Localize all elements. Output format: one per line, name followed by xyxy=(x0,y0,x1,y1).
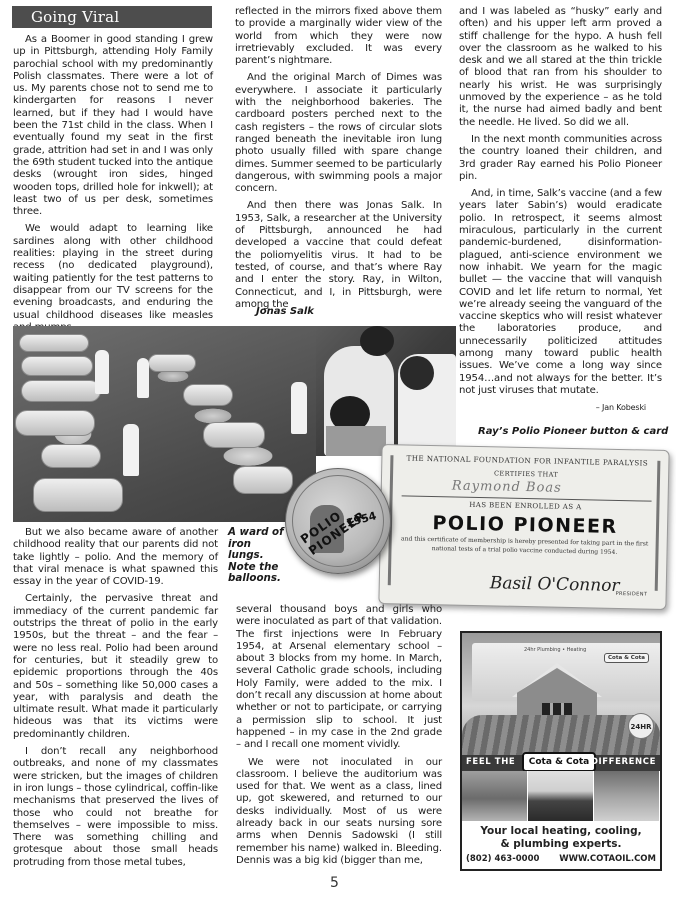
ad-slogan-left: FEEL THE xyxy=(466,757,515,767)
paragraph: I don’t recall any neighborhood outbreak… xyxy=(13,746,218,869)
ad-thumb-bathroom xyxy=(594,771,660,821)
paragraph: We would adapt to learning like sardines… xyxy=(13,223,213,334)
paragraph: And the original March of Dimes was ever… xyxy=(235,72,442,195)
paragraph: And then there was Jonas Salk. In 1953, … xyxy=(235,200,442,311)
ad-brand-logo: Cota & Cota xyxy=(522,752,596,772)
polio-pioneer-button: POLIO PIONEER 1954 xyxy=(285,468,391,574)
column-right-top: and I was labeled as “husky” early and o… xyxy=(459,6,662,415)
section-title-bar: Going Viral xyxy=(12,6,212,28)
paragraph: Certainly, the pervasive threat and imme… xyxy=(13,593,218,741)
iron-lungs-photo xyxy=(13,326,316,522)
paragraph: several thousand boys and girls who were… xyxy=(236,604,442,752)
ad-thumb-person xyxy=(528,771,594,821)
column-middle-bottom: several thousand boys and girls who were… xyxy=(236,604,442,872)
ad-hero-image: 24hr Plumbing • Heating Cota & Cota 24HR xyxy=(462,633,660,755)
ad-truck-text: 24hr Plumbing • Heating xyxy=(524,647,586,653)
paragraph: But we also became aware of another chil… xyxy=(13,527,218,588)
ad-phone[interactable]: (802) 463-0000 xyxy=(466,854,539,864)
ad-tagline-2: & plumbing experts. xyxy=(462,838,660,851)
ad-thumbnails xyxy=(462,771,660,821)
jonas-salk-photo xyxy=(316,326,456,456)
24hr-service-badge: 24HR xyxy=(628,713,654,739)
cota-advertisement[interactable]: 24hr Plumbing • Heating Cota & Cota 24HR… xyxy=(460,631,662,871)
paragraph: reflected in the mirrors fixed above the… xyxy=(235,6,442,67)
paragraph: and I was labeled as “husky” early and o… xyxy=(459,6,662,129)
author-attribution: – Jan Kobeski xyxy=(459,402,662,414)
card-body: and this certificate of membership is he… xyxy=(390,535,658,558)
column-middle-top: reflected in the mirrors fixed above the… xyxy=(235,6,442,316)
ad-website-link[interactable]: WWW.COTAOIL.COM xyxy=(559,854,656,864)
ad-slogan-strip: FEEL THE Cota & Cota DIFFERENCE xyxy=(462,755,660,771)
card-title: POLIO PIONEER xyxy=(381,511,669,539)
paragraph: And, in time, Salk’s vaccine (and a few … xyxy=(459,188,662,397)
column-left-top: As a Boomer in good standing I grew up i… xyxy=(13,34,213,339)
section-title: Going Viral xyxy=(31,8,119,26)
polio-pioneer-card: THE NATIONAL FOUNDATION FOR INFANTILE PA… xyxy=(378,444,669,610)
caption-iron-lungs: A ward of iron lungs. Note the balloons. xyxy=(228,527,290,585)
ad-contact: (802) 463-0000 WWW.COTAOIL.COM xyxy=(466,854,656,864)
paragraph: We were not inoculated in our classroom.… xyxy=(236,757,442,868)
card-certifies-line: CERTIFIES THAT xyxy=(382,467,670,481)
caption-button-card: Ray’s Polio Pioneer button & card xyxy=(478,426,668,438)
card-signature: Basil O'Connor xyxy=(490,573,620,596)
card-handwritten-name: Raymond Boas xyxy=(452,478,562,495)
ad-truck-logo: Cota & Cota xyxy=(604,653,649,663)
caption-salk: Jonas Salk xyxy=(256,306,314,318)
ad-tagline-1: Your local heating, cooling, xyxy=(462,825,660,838)
paragraph: As a Boomer in good standing I grew up i… xyxy=(13,34,213,218)
ad-thumb-boiler xyxy=(462,771,528,821)
column-left-bottom: But we also became aware of another chil… xyxy=(13,527,218,874)
ad-slogan-right: DIFFERENCE xyxy=(591,757,656,767)
card-foundation-line: THE NATIONAL FOUNDATION FOR INFANTILE PA… xyxy=(396,453,658,467)
page-number: 5 xyxy=(330,875,339,891)
paragraph: In the next month communities across the… xyxy=(459,134,662,183)
card-signature-role: PRESIDENT xyxy=(616,591,648,598)
